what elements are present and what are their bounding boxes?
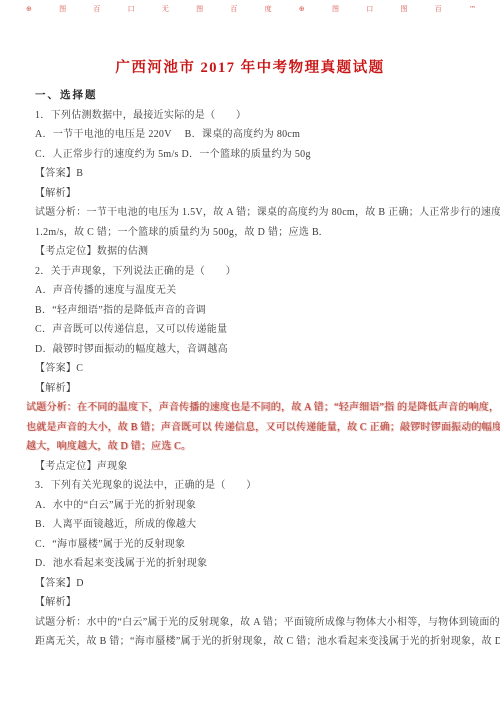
- text-line: A．水中的“白云”属于光的折射现象: [35, 496, 480, 516]
- text-line: C．人正常步行的速度约为 5m/s D．一个篮球的质量约为 50g: [35, 145, 480, 165]
- text-line: 【答案】D: [35, 574, 480, 594]
- analysis-red-text-line: 也就是声音的大小，故 B 错；声音既可以 传递信息，又可以传递能量，故 C 正确…: [26, 418, 480, 438]
- text-line: B．人离平面镜越近，所成的像越大: [35, 515, 480, 535]
- document-body: 一、选择题1．下列估测数据中，最接近实际的是（ ）A．一节干电池的电压是 220…: [35, 86, 480, 652]
- watermark-glyph: 图: [196, 5, 203, 13]
- text-line: 距离无关，故 B 错；“海市蜃楼”属于光的折射现象，故 C 错；池水看起来变浅属…: [35, 632, 480, 652]
- analysis-red-text-line: 试题分析：在不同的温度下，声音传播的速度也是不同的，故 A 错；“轻声细语”指 …: [26, 398, 480, 418]
- watermark-glyph: ⊕: [299, 5, 305, 13]
- watermark-glyph: 图: [332, 5, 339, 13]
- watermark-glyph: 百: [230, 5, 237, 13]
- text-line: D．池水看起来变浅属于光的折射现象: [35, 554, 480, 574]
- text-line: 1.2m/s，故 C 错；一个篮球的质量约为 500g，故 D 错；应选 B.: [35, 223, 480, 243]
- watermark-glyph: 图: [401, 5, 408, 13]
- watermark-glyph: 百: [435, 5, 442, 13]
- text-line: 【考点定位】声现象: [35, 457, 480, 477]
- text-line: C．“海市蜃楼”属于光的反射现象: [35, 535, 480, 555]
- watermark-glyph: 图: [59, 5, 66, 13]
- watermark-glyph: ™: [469, 5, 476, 13]
- exam-document-page: ⊕图百口无图百度⊕图口图百™ 广西河池市 2017 年中考物理真题试题 一、选择…: [0, 0, 500, 707]
- text-line: 2．关于声现象，下列说法正确的是（ ）: [35, 262, 480, 282]
- watermark-glyph: 百: [93, 5, 100, 13]
- watermark-glyph: 无: [162, 5, 169, 13]
- text-line: 试题分析：一节干电池的电压为 1.5V，故 A 错；课桌的高度约为 80cm，故…: [35, 203, 480, 223]
- text-line: 一、选择题: [35, 86, 480, 106]
- text-line: B．“轻声细语”指的是降低声音的音调: [35, 301, 480, 321]
- watermark-glyph: 口: [128, 5, 135, 13]
- watermark-glyph: ⊕: [26, 5, 32, 13]
- analysis-red-text-line: 越大，响度越大，故 D 错；应选 C。: [26, 437, 480, 457]
- text-line: 【答案】B: [35, 164, 480, 184]
- text-line: A．声音传播的速度与温度无关: [35, 281, 480, 301]
- text-line: 试题分析：水中的“白云”属于光的反射现象，故 A 错；平面镜所成像与物体大小相等…: [35, 613, 480, 633]
- text-line: 1．下列估测数据中，最接近实际的是（ ）: [35, 106, 480, 126]
- text-line: 【考点定位】数据的估测: [35, 242, 480, 262]
- watermark-glyph: 口: [366, 5, 373, 13]
- text-line: 【解析】: [35, 593, 480, 613]
- text-line: 【解析】: [35, 184, 480, 204]
- watermark-glyph: 度: [265, 5, 272, 13]
- text-line: D．敲锣时锣面振动的幅度越大，音调越高: [35, 340, 480, 360]
- watermark-row: ⊕图百口无图百度⊕图口图百™: [26, 5, 476, 13]
- text-line: 3．下列有关光现象的说法中，正确的是（ ）: [35, 476, 480, 496]
- text-line: 【答案】C: [35, 359, 480, 379]
- text-line: C．声音既可以传递信息，又可以传递能量: [35, 320, 480, 340]
- text-line: 【解析】: [35, 379, 480, 399]
- document-title: 广西河池市 2017 年中考物理真题试题: [0, 58, 500, 78]
- text-line: A．一节干电池的电压是 220V B．课桌的高度约为 80cm: [35, 125, 480, 145]
